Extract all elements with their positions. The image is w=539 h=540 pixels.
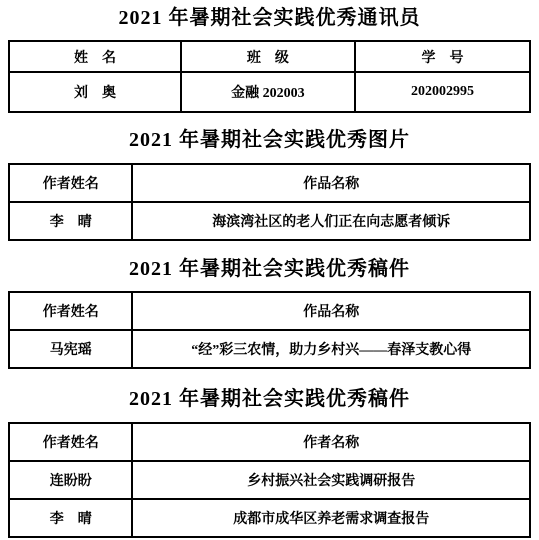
pictures-table: 作者姓名 作品名称 李 晴 海滨湾社区的老人们正在向志愿者倾诉 [8, 163, 531, 241]
table-row: 李 晴 成都市成华区养老需求调查报告 [9, 499, 530, 537]
correspondents-table: 姓 名 班 级 学 号 刘 奥 金融 202003 202002995 [8, 40, 531, 113]
table-row: 连盼盼 乡村振兴社会实践调研报告 [9, 461, 530, 499]
manuscripts-table-1: 作者姓名 作品名称 马宪瑶 “经”彩三农情，助力乡村兴——春泽支教心得 [8, 291, 531, 369]
table-header-row: 姓 名 班 级 学 号 [9, 41, 530, 72]
table-row: 马宪瑶 “经”彩三农情，助力乡村兴——春泽支教心得 [9, 330, 530, 368]
header-cell-class: 班 级 [181, 41, 355, 72]
cell-work-title: 成都市成华区养老需求调查报告 [132, 499, 530, 537]
header-cell-work-title: 作品名称 [132, 164, 530, 202]
table-header-row: 作者姓名 作品名称 [9, 292, 530, 330]
cell-author: 李 晴 [9, 202, 132, 240]
cell-work-title: 乡村振兴社会实践调研报告 [132, 461, 530, 499]
cell-author: 马宪瑶 [9, 330, 132, 368]
section-title-manuscripts-2: 2021 年暑期社会实践优秀稿件 [8, 386, 531, 413]
table-row: 刘 奥 金融 202003 202002995 [9, 72, 530, 112]
table-row: 李 晴 海滨湾社区的老人们正在向志愿者倾诉 [9, 202, 530, 240]
header-cell-name: 姓 名 [9, 41, 181, 72]
header-cell-author: 作者姓名 [9, 164, 132, 202]
header-cell-author: 作者姓名 [9, 292, 132, 330]
cell-work-title: “经”彩三农情，助力乡村兴——春泽支教心得 [132, 330, 530, 368]
manuscripts-table-2: 作者姓名 作者名称 连盼盼 乡村振兴社会实践调研报告 李 晴 成都市成华区养老需… [8, 422, 531, 538]
header-cell-work-title: 作者名称 [132, 423, 530, 461]
cell-author: 李 晴 [9, 499, 132, 537]
header-cell-author: 作者姓名 [9, 423, 132, 461]
section-title-manuscripts-1: 2021 年暑期社会实践优秀稿件 [8, 256, 531, 283]
header-cell-work-title: 作品名称 [132, 292, 530, 330]
cell-student-id: 202002995 [355, 72, 530, 112]
document-page: 2021 年暑期社会实践优秀通讯员 姓 名 班 级 学 号 刘 奥 金融 202… [0, 0, 539, 540]
header-cell-student-id: 学 号 [355, 41, 530, 72]
cell-work-title: 海滨湾社区的老人们正在向志愿者倾诉 [132, 202, 530, 240]
section-title-correspondents: 2021 年暑期社会实践优秀通讯员 [8, 0, 531, 32]
cell-name: 刘 奥 [9, 72, 181, 112]
cell-author: 连盼盼 [9, 461, 132, 499]
table-header-row: 作者姓名 作者名称 [9, 423, 530, 461]
cell-class: 金融 202003 [181, 72, 355, 112]
section-title-pictures: 2021 年暑期社会实践优秀图片 [8, 127, 531, 154]
table-header-row: 作者姓名 作品名称 [9, 164, 530, 202]
